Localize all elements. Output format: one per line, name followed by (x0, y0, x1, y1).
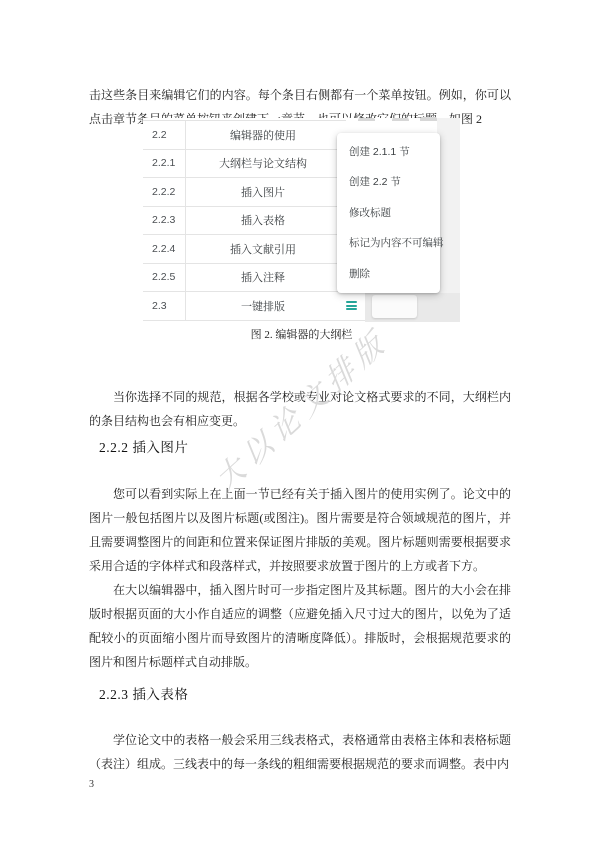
outline-row-number: 2.3 (143, 292, 186, 320)
heading-2-2-2: 2.2.2 插入图片 (99, 436, 188, 456)
paragraph-insert-image-1: 您可以看到实际上在上面一节已经有关于插入图片的使用实例了。论文中的图片一般包括图… (89, 482, 511, 578)
menu-item-create-subsection: 创建 2.1.1 节 (337, 136, 440, 167)
outline-row-number: 2.2.3 (143, 207, 186, 235)
paragraph-insert-image-2: 在大以编辑器中，插入图片时可一步指定图片及其标题。图片的大小会在排版时根据页面的… (89, 578, 511, 674)
paragraph-spec-change: 当你选择不同的规范，根据各学校或专业对论文格式要求的不同，大纲栏内的条目结构也会… (89, 385, 511, 433)
heading-2-2-3: 2.2.3 插入表格 (99, 683, 188, 703)
menu-item-create-section: 创建 2.2 节 (337, 167, 440, 198)
list-icon-bar (346, 308, 357, 310)
outline-row-title: 一键排版 (186, 298, 340, 314)
outline-row-number: 2.2.1 (143, 150, 186, 178)
page-number: 3 (89, 779, 94, 790)
outline-row-number: 2.2.4 (143, 235, 186, 263)
figure-outline-screenshot: 2.2 编辑器的使用 2.2.1 大纲栏与论文结构 2.2.2 插入图片 2.2… (143, 118, 460, 325)
menu-item-mark-readonly: 标记为内容不可编辑 (337, 228, 440, 259)
menu-item-delete: 删除 (337, 258, 440, 289)
outline-row-title: 插入文献引用 (186, 241, 340, 257)
outline-row-number: 2.2 (143, 121, 186, 149)
list-icon-bar (346, 305, 357, 307)
figure-background-strip (437, 118, 460, 322)
outline-row-title: 插入注释 (186, 269, 340, 285)
list-icon-bar (346, 301, 357, 303)
context-menu: 创建 2.1.1 节 创建 2.2 节 修改标题 标记为内容不可编辑 删除 (337, 133, 440, 293)
outline-row-title: 大纲栏与论文结构 (186, 155, 340, 171)
outline-row-title: 编辑器的使用 (186, 127, 340, 143)
figure-caption: 图 2. 编辑器的大纲栏 (143, 326, 460, 342)
outline-row-number: 2.2.2 (143, 178, 186, 206)
outline-row-title: 插入表格 (186, 212, 340, 228)
list-icon (346, 301, 357, 310)
document-page: 大以论文排版 击这些条目来编辑它们的内容。每个条目右侧都有一个菜单按钮。例如，你… (0, 0, 595, 842)
menu-item-rename: 修改标题 (337, 197, 440, 228)
paragraph-insert-table: 学位论文中的表格一般会采用三线表格式，表格通常由表格主体和表格标题（表注）组成。… (89, 728, 511, 776)
outline-row-title: 插入图片 (186, 184, 340, 200)
outline-row-number: 2.2.5 (143, 264, 186, 292)
figure-underlying-card (372, 295, 417, 318)
